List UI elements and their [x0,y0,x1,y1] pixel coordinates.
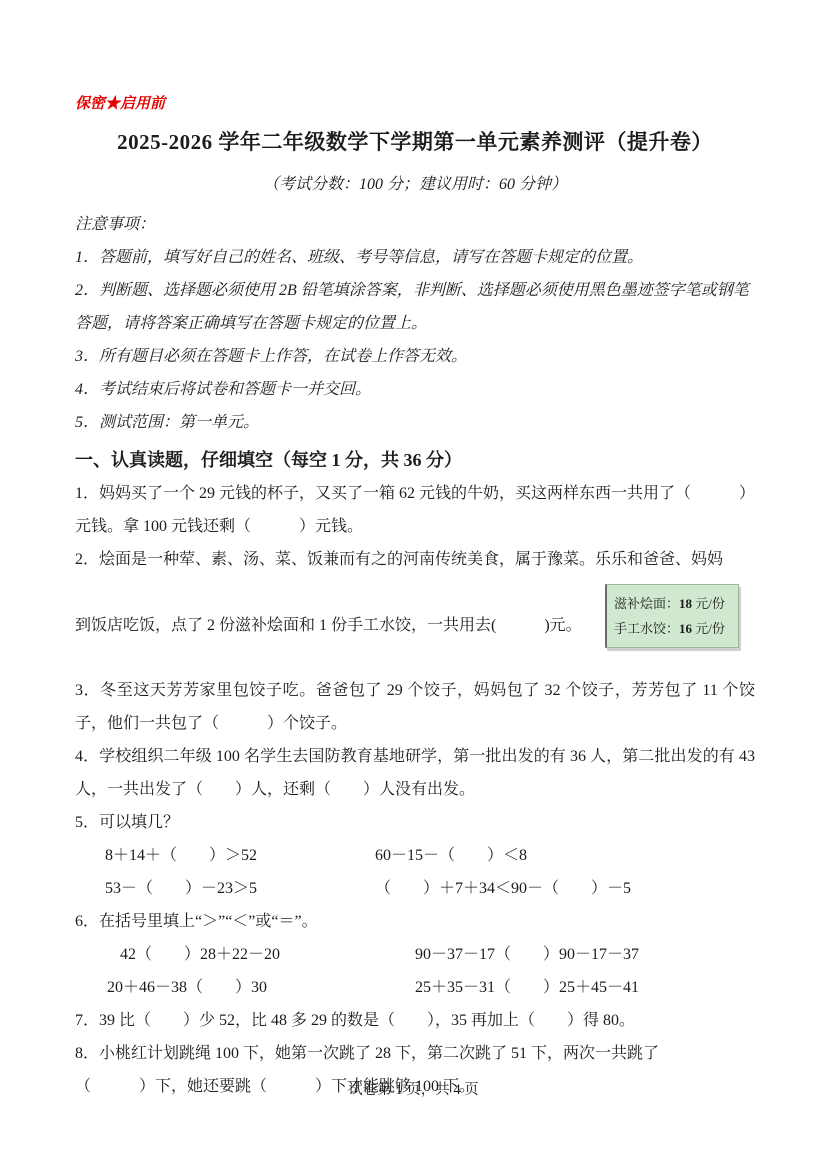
question-5-intro: 5．可以填几？ [75,806,755,839]
price-row-dumplings: 手工水饺：16 元/份 [614,616,732,641]
question-6: 6．在括号里填上“＞”“＜”或“＝”。 42（ ）28＋22－20 90－37－… [75,905,755,1004]
notes-item-2: 2．判断题、选择题必须使用 2B 铅笔填涂答案，非判断、选择题必须使用黑色墨迹签… [75,274,755,340]
exam-notes: 注意事项： 1．答题前，填写好自己的姓名、班级、考号等信息，请写在答题卡规定的位… [75,208,755,439]
math-expression: 90－37－17（ ）90－17－37 [415,938,755,971]
math-expression: （ ）＋7＋34＜90－（ ）－5 [375,872,755,905]
math-expression: 8＋14＋（ ）＞52 [75,839,375,872]
question-4: 4．学校组织二年级 100 名学生去国防教育基地研学，第一批出发的有 36 人，… [75,740,755,806]
notes-item-4: 4．考试结束后将试卷和答题卡一并交回。 [75,373,755,406]
price-row-noodles: 滋补烩面：18 元/份 [614,591,732,616]
section-one-heading: 一、认真读题，仔细填空（每空 1 分，共 36 分） [75,443,755,477]
question-2: 2．烩面是一种荤、素、汤、菜、饭兼而有之的河南传统美食，属于豫菜。乐乐和爸爸、妈… [75,543,755,674]
question-2-row: 到饭店吃饭，点了 2 份滋补烩面和 1 份手工水饺，一共用去( )元。 滋补烩面… [75,576,755,674]
question-5-row-2: 53－（ ）－23＞5 （ ）＋7＋34＜90－（ ）－5 [75,872,755,905]
math-expression: 20＋46－38（ ）30 [75,971,415,1004]
question-8-line-1: 8．小桃红计划跳绳 100 下，她第一次跳了 28 下，第二次跳了 51 下，两… [75,1037,755,1070]
price-info-box: 滋补烩面：18 元/份 手工水饺：16 元/份 [605,584,739,648]
question-3: 3．冬至这天芳芳家里包饺子吃。爸爸包了 29 个饺子，妈妈包了 32 个饺子，芳… [75,674,755,740]
price-label: 手工水饺： [614,621,679,636]
question-5-row-1: 8＋14＋（ ）＞52 60－15－（ ）＜8 [75,839,755,872]
question-6-row-2: 20＋46－38（ ）30 25＋35－31（ ）25＋45－41 [75,971,755,1004]
math-expression: 53－（ ）－23＞5 [75,872,375,905]
question-2-line-1: 2．烩面是一种荤、素、汤、菜、饭兼而有之的河南传统美食，属于豫菜。乐乐和爸爸、妈… [75,543,755,576]
question-5: 5．可以填几？ 8＋14＋（ ）＞52 60－15－（ ）＜8 53－（ ）－2… [75,806,755,905]
question-6-intro: 6．在括号里填上“＞”“＜”或“＝”。 [75,905,755,938]
page-footer: 试卷第 1 页，共 4 页 [0,1078,827,1099]
page-title: 2025-2026 学年二年级数学下学期第一单元素养测评（提升卷） [75,127,755,157]
question-6-row-1: 42（ ）28＋22－20 90－37－17（ ）90－17－37 [75,938,755,971]
price-value: 18 [679,596,692,611]
question-2-line-2: 到饭店吃饭，点了 2 份滋补烩面和 1 份手工水饺，一共用去( )元。 [75,609,582,642]
notes-item-1: 1．答题前，填写好自己的姓名、班级、考号等信息，请写在答题卡规定的位置。 [75,241,755,274]
exam-paper-page: 保密★启用前 2025-2026 学年二年级数学下学期第一单元素养测评（提升卷）… [75,92,755,1103]
math-expression: 42（ ）28＋22－20 [75,938,415,971]
notes-heading: 注意事项： [75,208,755,241]
notes-item-3: 3．所有题目必须在答题卡上作答，在试卷上作答无效。 [75,340,755,373]
confidential-notice: 保密★启用前 [75,92,755,113]
exam-info-subtitle: （考试分数：100 分；建议用时：60 分钟） [75,171,755,194]
price-label: 滋补烩面： [614,596,679,611]
question-7: 7．39 比（ ）少 52，比 48 多 29 的数是（ ），35 再加上（ ）… [75,1004,755,1037]
math-expression: 25＋35－31（ ）25＋45－41 [415,971,755,1004]
notes-item-5: 5．测试范围：第一单元。 [75,406,755,439]
question-1: 1．妈妈买了一个 29 元钱的杯子，又买了一箱 62 元钱的牛奶，买这两样东西一… [75,477,755,543]
price-value: 16 [679,621,692,636]
price-unit: 元/份 [692,621,725,636]
math-expression: 60－15－（ ）＜8 [375,839,755,872]
price-unit: 元/份 [692,596,725,611]
